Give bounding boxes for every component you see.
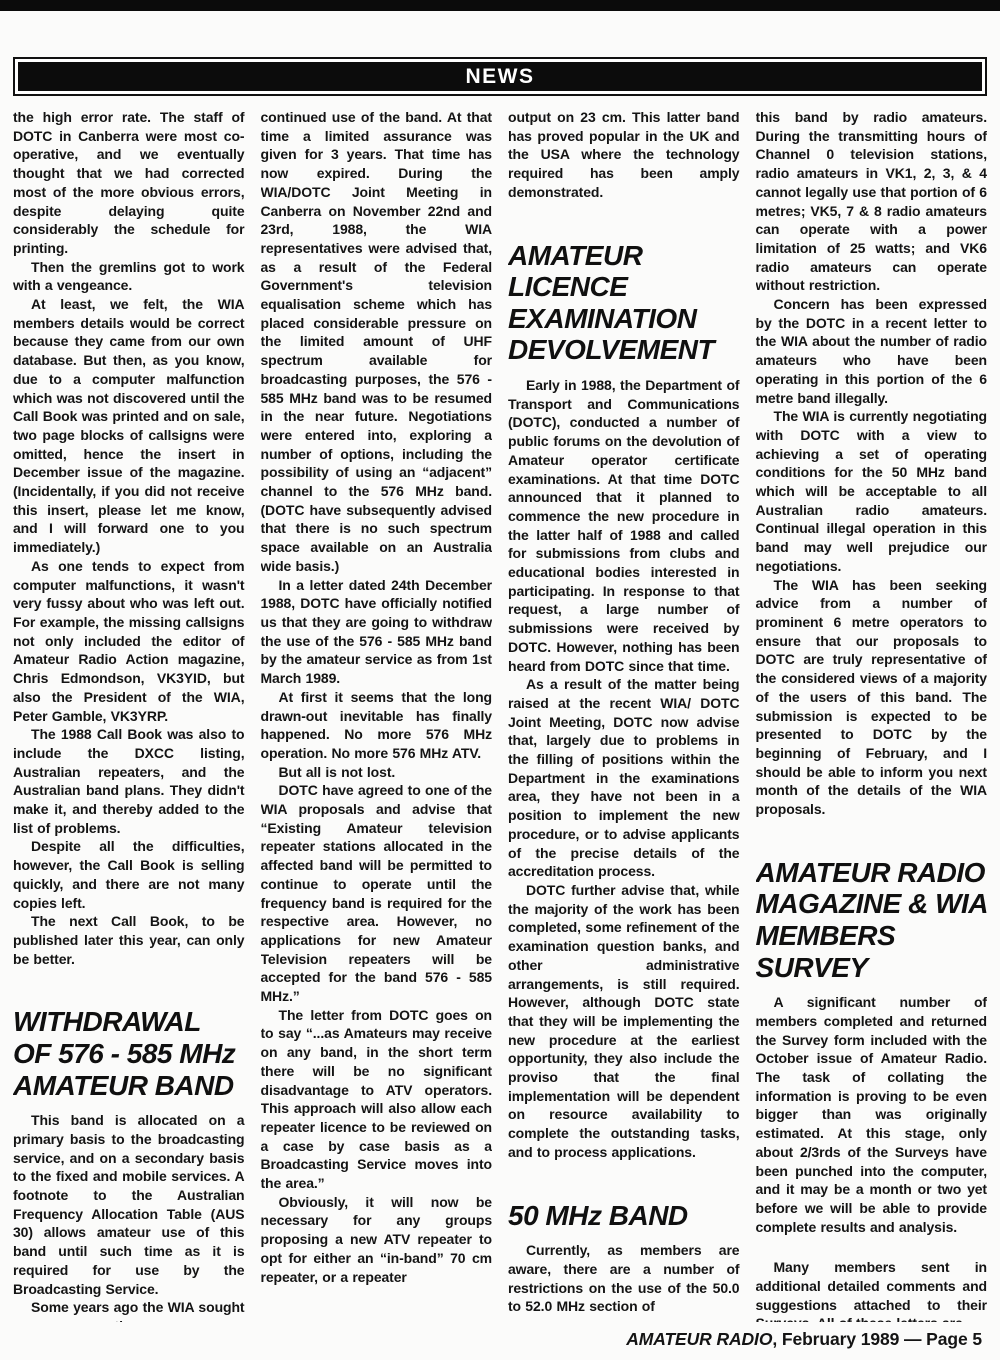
body-paragraph: Early in 1988, the Department of Transpo…: [508, 376, 740, 675]
body-paragraph: But all is not lost.: [261, 763, 493, 782]
article-headline: 50 MHz BAND: [508, 1200, 740, 1232]
article-columns: the high error rate. The staff of DOTC i…: [13, 108, 987, 1322]
body-paragraph: A significant number of members complete…: [756, 993, 988, 1236]
article-headline: AMATEUR LICENCE EXAMINATION DEVOLVEMENT: [508, 240, 740, 367]
body-paragraph: Currently, as members are aware, there a…: [508, 1241, 740, 1316]
news-banner-label: NEWS: [466, 65, 535, 89]
footer-issue-page: , February 1989 — Page 5: [772, 1329, 982, 1349]
body-paragraph: continued use of the band. At that time …: [261, 108, 493, 576]
body-paragraph: Obviously, it will now be necessary for …: [261, 1193, 493, 1287]
body-paragraph: As one tends to expect from computer mal…: [13, 557, 245, 725]
body-paragraph: Some years ago the WIA sought assurances…: [13, 1298, 245, 1322]
body-paragraph: The WIA is currently negotiating with DO…: [756, 407, 988, 575]
text-column: output on 23 cm. This latter band has pr…: [508, 108, 740, 1322]
news-banner: NEWS: [13, 57, 987, 96]
body-paragraph: The WIA has been seeking advice from a n…: [756, 576, 988, 819]
body-paragraph: The 1988 Call Book was also to include t…: [13, 725, 245, 837]
article-headline: AMATEUR RADIO MAGAZINE & WIA MEMBERS SUR…: [756, 857, 988, 984]
news-banner-fill: NEWS: [18, 62, 982, 91]
body-paragraph: Many members sent in additional detailed…: [756, 1258, 988, 1322]
body-paragraph: Then the gremlins got to work with a ven…: [13, 258, 245, 295]
body-paragraph: The next Call Book, to be published late…: [13, 912, 245, 968]
body-paragraph: This band is allocated on a primary basi…: [13, 1111, 245, 1298]
text-column: continued use of the band. At that time …: [261, 108, 493, 1322]
body-paragraph: As a result of the matter being raised a…: [508, 675, 740, 881]
text-column: this band by radio amateurs. During the …: [756, 108, 988, 1322]
magazine-title: AMATEUR RADIO: [626, 1329, 772, 1349]
body-paragraph: In a letter dated 24th December 1988, DO…: [261, 576, 493, 688]
body-paragraph: Despite all the difficulties, however, t…: [13, 837, 245, 912]
top-edge-rule: [0, 0, 1000, 11]
page-footer: AMATEUR RADIO, February 1989 — Page 5: [626, 1329, 982, 1350]
body-paragraph: DOTC further advise that, while the majo…: [508, 881, 740, 1162]
body-paragraph: At least, we felt, the WIA members detai…: [13, 295, 245, 557]
body-paragraph: Concern has been expressed by the DOTC i…: [756, 295, 988, 407]
article-headline: WITHDRAWAL OF 576 - 585 MHz AMATEUR BAND: [13, 1006, 245, 1101]
body-paragraph: DOTC have agreed to one of the WIA propo…: [261, 781, 493, 1005]
magazine-page: NEWS the high error rate. The staff of D…: [0, 0, 1000, 1360]
body-paragraph: this band by radio amateurs. During the …: [756, 108, 988, 295]
body-paragraph: At first it seems that the long drawn-ou…: [261, 688, 493, 763]
body-paragraph: The letter from DOTC goes on to say “...…: [261, 1006, 493, 1193]
body-paragraph: output on 23 cm. This latter band has pr…: [508, 108, 740, 202]
text-column: the high error rate. The staff of DOTC i…: [13, 108, 245, 1322]
body-paragraph: the high error rate. The staff of DOTC i…: [13, 108, 245, 258]
